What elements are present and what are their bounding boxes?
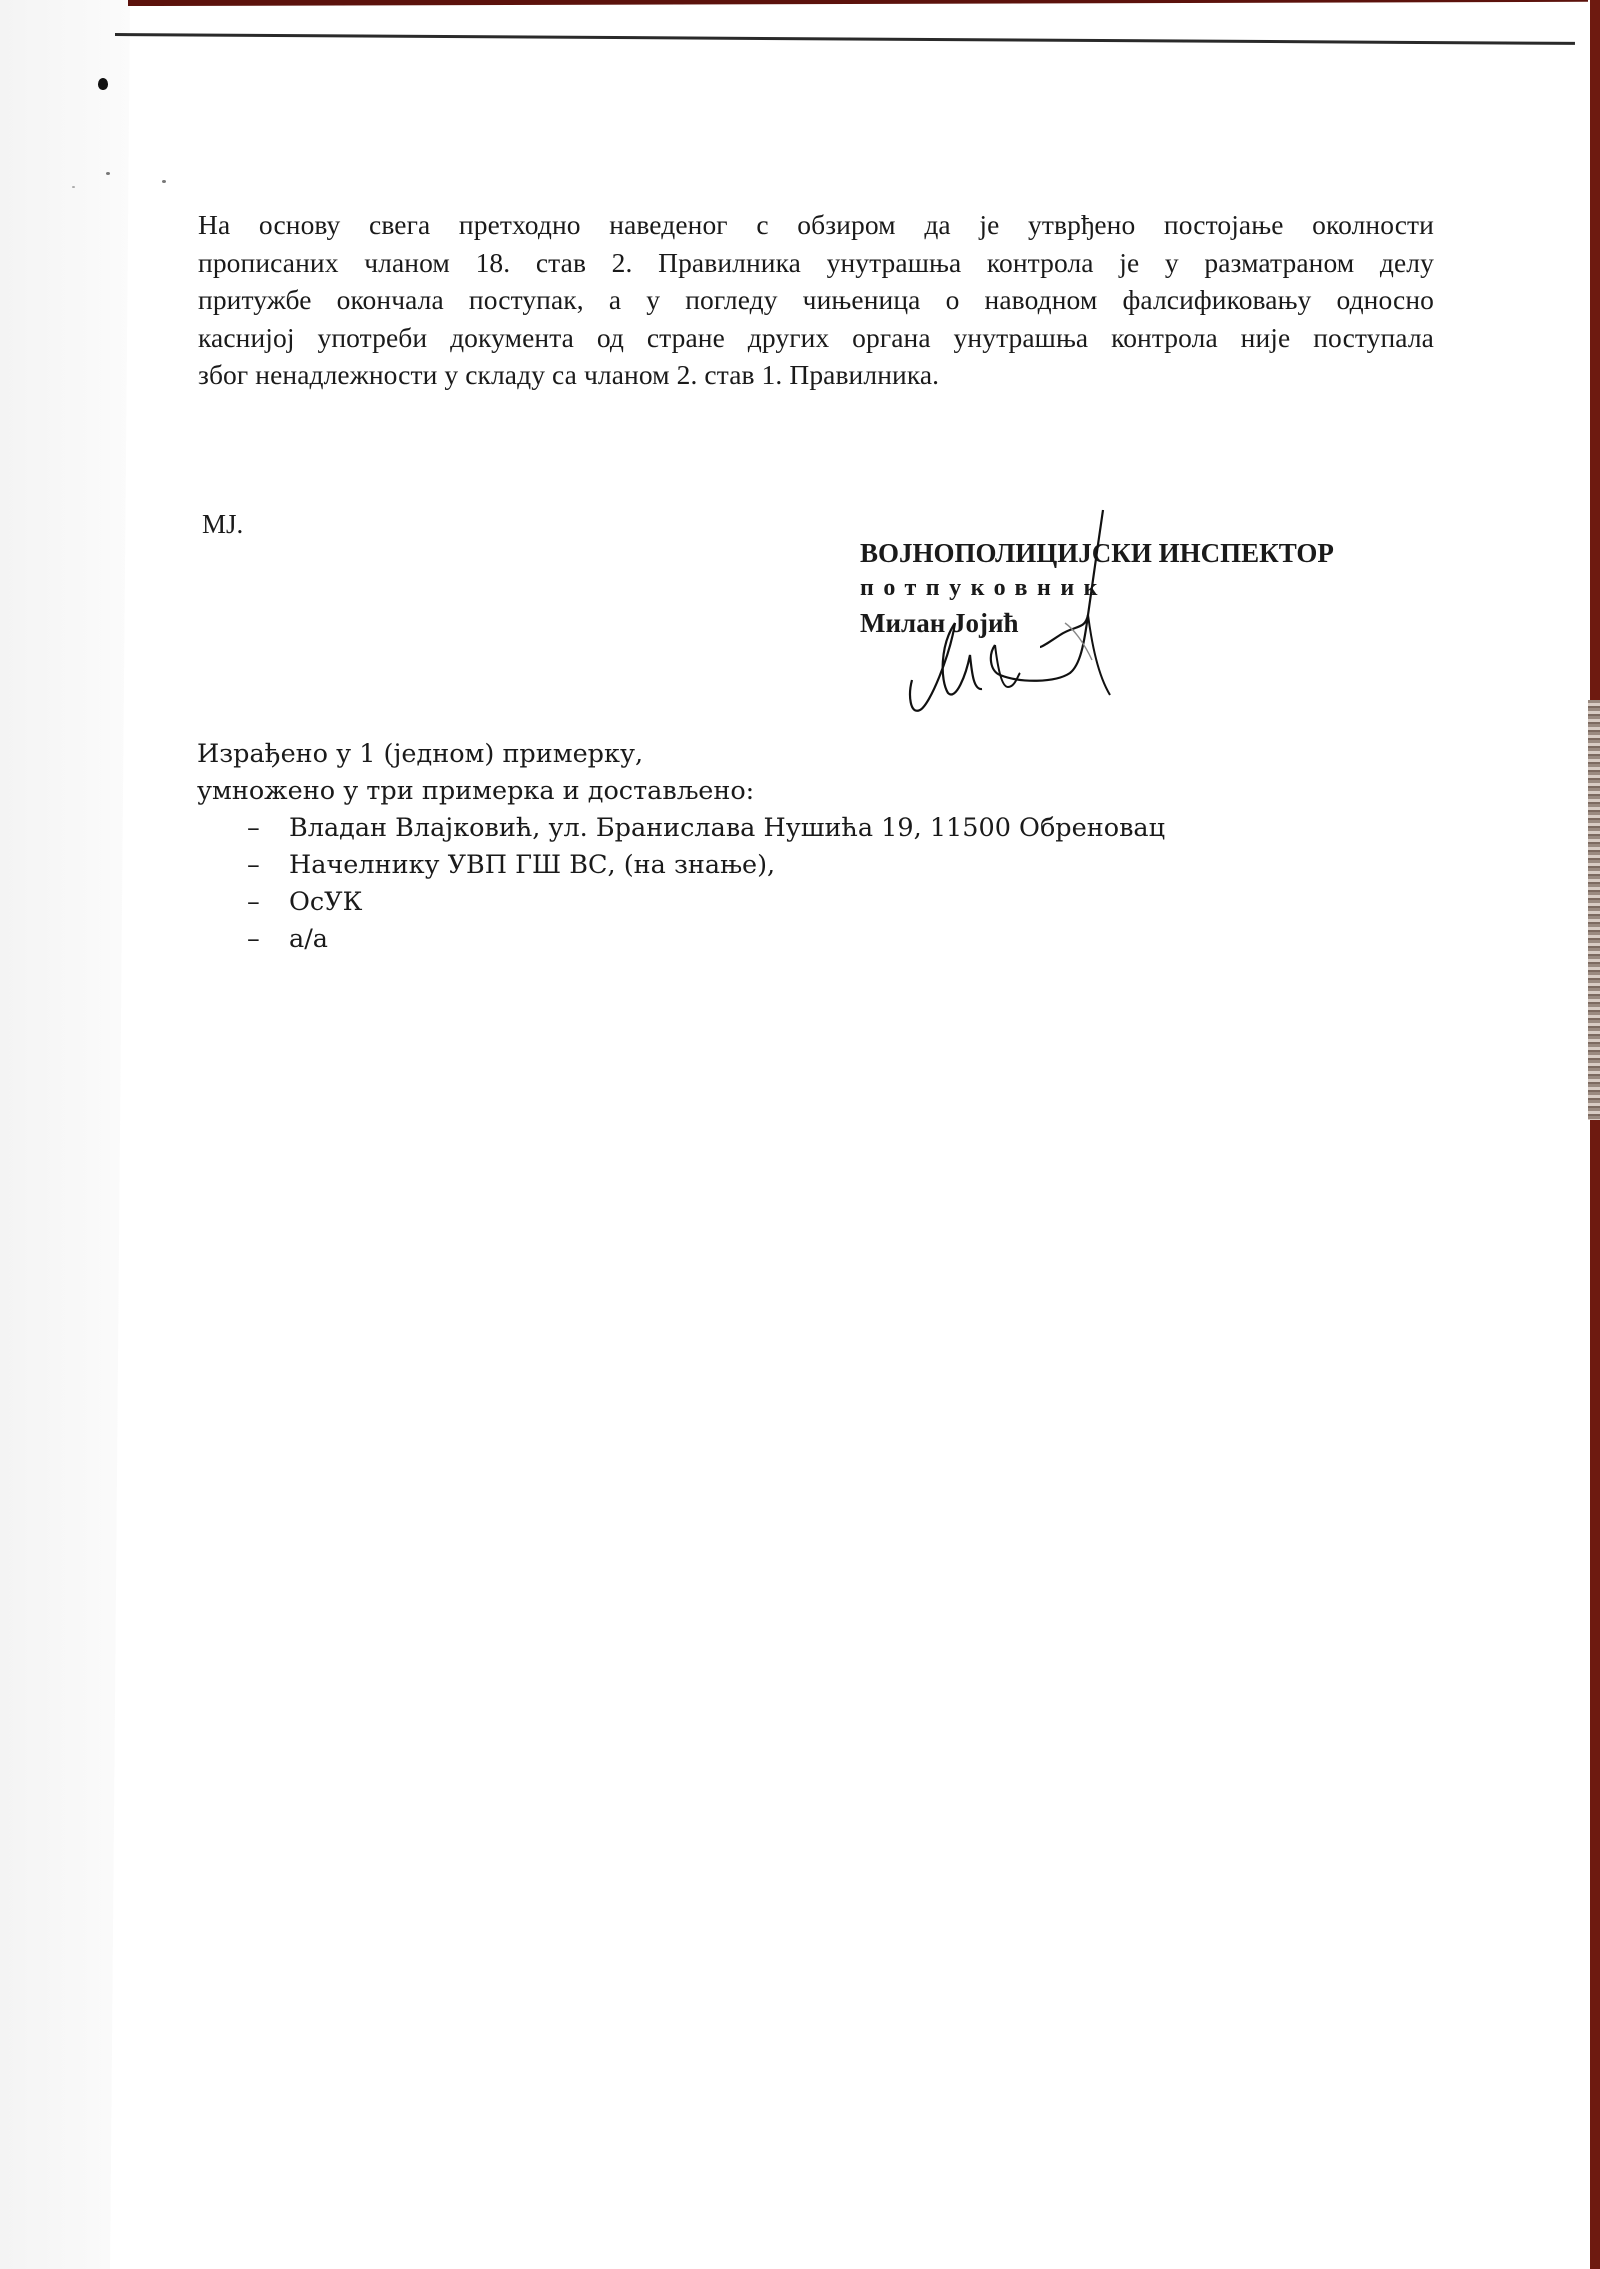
table-surface-left	[0, 0, 130, 2269]
recipients-list: – Владан Влајковић, ул. Бранислава Нушић…	[197, 810, 1165, 958]
body-paragraph: На основу свега претходно наведеног с об…	[198, 206, 1434, 394]
recipient-text: Начелнику УВП ГШ ВС, (на знање),	[289, 850, 775, 880]
paragraph-line: На основу свега претходно наведеног с об…	[198, 206, 1434, 244]
paragraph-line: због ненадлежности у складу са чланом 2.…	[198, 356, 1434, 394]
dash-bullet: –	[247, 884, 260, 921]
signature-block: ВОЈНОПОЛИЦИЈСКИ ИНСПЕКТОР потпуковник Ми…	[860, 536, 1334, 641]
paragraph-line: прописаних чланом 18. став 2. Правилника…	[198, 244, 1434, 282]
dash-bullet: –	[247, 921, 260, 958]
distribution-list: Израђено у 1 (једном) примерку, умножено…	[197, 736, 1165, 958]
paragraph-line: притужбе окончала поступак, а у погледу …	[198, 281, 1434, 319]
copies-distributed-line: умножено у три примерка и достављено:	[197, 773, 1165, 810]
dash-bullet: –	[247, 810, 260, 847]
signatory-name: Милан Јојић	[860, 606, 1334, 641]
recipient-item: – а/а	[247, 921, 1165, 958]
table-surface-right	[1590, 0, 1600, 2269]
paper-speck	[106, 172, 110, 175]
recipient-text: ОсУК	[289, 887, 362, 917]
recipient-text: а/а	[289, 924, 328, 954]
table-surface-texture	[1588, 700, 1600, 1120]
signatory-rank: потпуковник	[860, 571, 1334, 606]
recipient-item: – Начелнику УВП ГШ ВС, (на знање),	[247, 847, 1165, 884]
dash-bullet: –	[247, 847, 260, 884]
signatory-title: ВОЈНОПОЛИЦИЈСКИ ИНСПЕКТОР	[860, 536, 1334, 571]
paper-speck	[72, 186, 75, 188]
punch-hole-mark	[98, 78, 108, 90]
paragraph-line: каснијој употреби документа од стране др…	[198, 319, 1434, 357]
recipient-item: – ОсУК	[247, 884, 1165, 921]
recipient-item: – Владан Влајковић, ул. Бранислава Нушић…	[247, 810, 1165, 847]
recipient-text: Владан Влајковић, ул. Бранислава Нушића …	[289, 813, 1165, 843]
author-initials: MJ.	[202, 509, 243, 540]
copies-made-line: Израђено у 1 (једном) примерку,	[197, 736, 1165, 773]
paper-speck	[162, 180, 166, 183]
